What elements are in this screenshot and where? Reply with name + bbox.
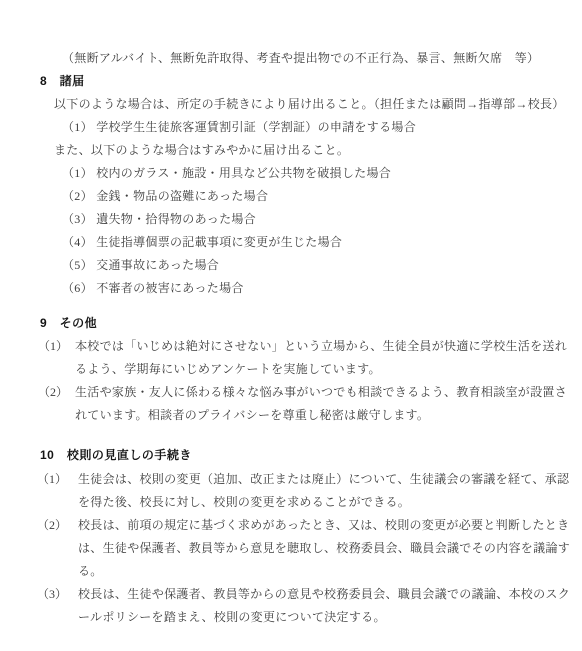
section-10-item-2-line-1: 校長は、前項の規定に基づく求めがあったとき、又は、校則の変更が必要と判断したとき — [78, 517, 569, 533]
section-8-intro-1: 以下のような場合は、所定の手続きにより届け出ること。（担任または顧問→指導部→校… — [54, 96, 565, 112]
section-10-item-3-line-2: ールポリシーを踏まえ、校則の変更について決定する。 — [78, 609, 386, 625]
section-9-item-1-label: （1） — [38, 338, 68, 354]
section-8-report-item-1: （1） 校内のガラス・施設・用具など公共物を破損した場合 — [62, 165, 391, 181]
penalty-examples-note: （無断アルバイト、無断免許取得、考査や提出物での不正行為、暴言、無断欠席 等） — [62, 50, 539, 66]
section-8-heading: 8 諸届 — [40, 73, 85, 89]
section-8-report-item-4: （4） 生徒指導個票の記載事項に変更が生じた場合 — [62, 234, 342, 250]
section-10-item-1-line-1: 生徒会は、校則の変更（追加、改正または廃止）について、生徒議会の審議を経て、承認 — [78, 471, 569, 487]
section-8-report-item-3: （3） 遺失物・拾得物のあった場合 — [62, 211, 256, 227]
section-8-report-item-6: （6） 不審者の被害にあった場合 — [62, 280, 244, 296]
section-8-report-item-5: （5） 交通事故にあった場合 — [62, 257, 219, 273]
section-10-item-2-line-2: は、生徒や保護者、教員等から意見を聴取し、校務委員会、職員会議でその内容を議論す — [78, 540, 570, 556]
section-9-item-1-line-1: 本校では「いじめは絶対にさせない」という立場から、生徒全員が快適に学校生活を送れ — [75, 338, 567, 354]
section-9-item-2-line-2: れています。相談者のプライバシーを尊重し秘密は厳守します。 — [75, 407, 429, 423]
section-10-item-3-line-1: 校長は、生徒や保護者、教員等からの意見や校務委員会、職員会議での議論、本校のスク — [78, 586, 570, 602]
section-9-item-2-line-1: 生活や家族・友人に係わる様々な悩み事がいつでも相談できるよう、教育相談室が設置さ — [75, 384, 567, 400]
section-8-intro-2: また、以下のような場合はすみやかに届け出ること。 — [54, 142, 349, 158]
section-10-item-1-line-2: を得た後、校長に対し、校則の変更を求めることができる。 — [78, 494, 410, 510]
section-10-item-2-label: （2） — [37, 517, 67, 533]
section-9-item-1-line-2: るよう、学期毎にいじめアンケートを実施しています。 — [75, 361, 381, 377]
section-8-report-item-2: （2） 金銭・物品の盗難にあった場合 — [62, 188, 268, 204]
section-10-item-2-line-3: る。 — [78, 563, 103, 579]
section-10-item-1-label: （1） — [37, 471, 67, 487]
section-10-heading: 10 校則の見直しの手続き — [40, 447, 192, 463]
document-page: （無断アルバイト、無断免許取得、考査や提出物での不正行為、暴言、無断欠席 等） … — [0, 0, 582, 651]
section-8-application-item-1: （1） 学校学生生徒旅客運賃割引証（学割証）の申請をする場合 — [62, 119, 416, 135]
section-10-item-3-label: （3） — [37, 586, 67, 602]
section-9-heading: 9 その他 — [40, 315, 97, 331]
section-9-item-2-label: （2） — [38, 384, 68, 400]
